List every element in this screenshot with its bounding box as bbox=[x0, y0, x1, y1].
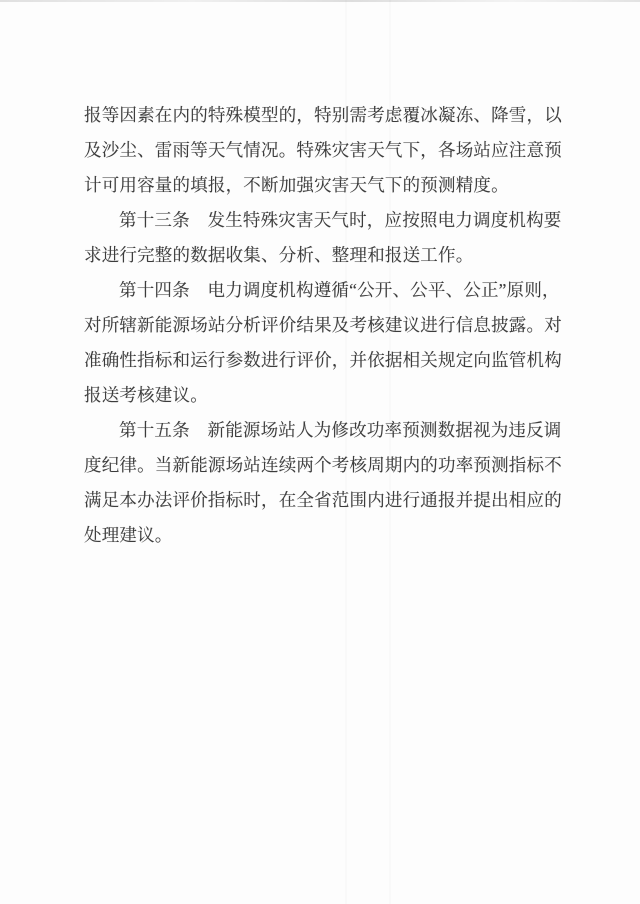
doc-line: 对所辖新能源场站分析评价结果及考核建议进行信息披露。对 bbox=[84, 308, 562, 343]
doc-line: 第十四条 电力调度机构遵循“公开、公平、公正”原则， bbox=[84, 273, 562, 308]
doc-line: 度纪律。当新能源场站连续两个考核周期内的功率预测指标不 bbox=[84, 448, 562, 483]
paragraph-article-14: 第十四条 电力调度机构遵循“公开、公平、公正”原则， 对所辖新能源场站分析评价结… bbox=[84, 273, 562, 413]
doc-line: 准确性指标和运行参数进行评价，并依据相关规定向监管机构 bbox=[84, 343, 562, 378]
doc-line: 及沙尘、雷雨等天气情况。特殊灾害天气下，各场站应注意预 bbox=[84, 133, 562, 168]
paragraph-article-13: 第十三条 发生特殊灾害天气时，应按照电力调度机构要 求进行完整的数据收集、分析、… bbox=[84, 203, 562, 273]
paragraph-continuation: 报等因素在内的特殊模型的，特别需考虑覆冰凝冻、降雪，以 及沙尘、雷雨等天气情况。… bbox=[84, 98, 562, 203]
document-page: 报等因素在内的特殊模型的，特别需考虑覆冰凝冻、降雪，以 及沙尘、雷雨等天气情况。… bbox=[0, 0, 640, 904]
scan-edge-artifact bbox=[0, 0, 640, 2]
document-text-block: 报等因素在内的特殊模型的，特别需考虑覆冰凝冻、降雪，以 及沙尘、雷雨等天气情况。… bbox=[84, 98, 562, 553]
doc-line: 第十五条 新能源场站人为修改功率预测数据视为违反调 bbox=[84, 413, 562, 448]
doc-line: 处理建议。 bbox=[84, 518, 562, 553]
doc-line: 求进行完整的数据收集、分析、整理和报送工作。 bbox=[84, 238, 562, 273]
doc-line: 报送考核建议。 bbox=[84, 378, 562, 413]
doc-line: 报等因素在内的特殊模型的，特别需考虑覆冰凝冻、降雪，以 bbox=[84, 98, 562, 133]
doc-line: 满足本办法评价指标时，在全省范围内进行通报并提出相应的 bbox=[84, 483, 562, 518]
doc-line: 第十三条 发生特殊灾害天气时，应按照电力调度机构要 bbox=[84, 203, 562, 238]
paragraph-article-15: 第十五条 新能源场站人为修改功率预测数据视为违反调 度纪律。当新能源场站连续两个… bbox=[84, 413, 562, 553]
doc-line: 计可用容量的填报，不断加强灾害天气下的预测精度。 bbox=[84, 168, 562, 203]
